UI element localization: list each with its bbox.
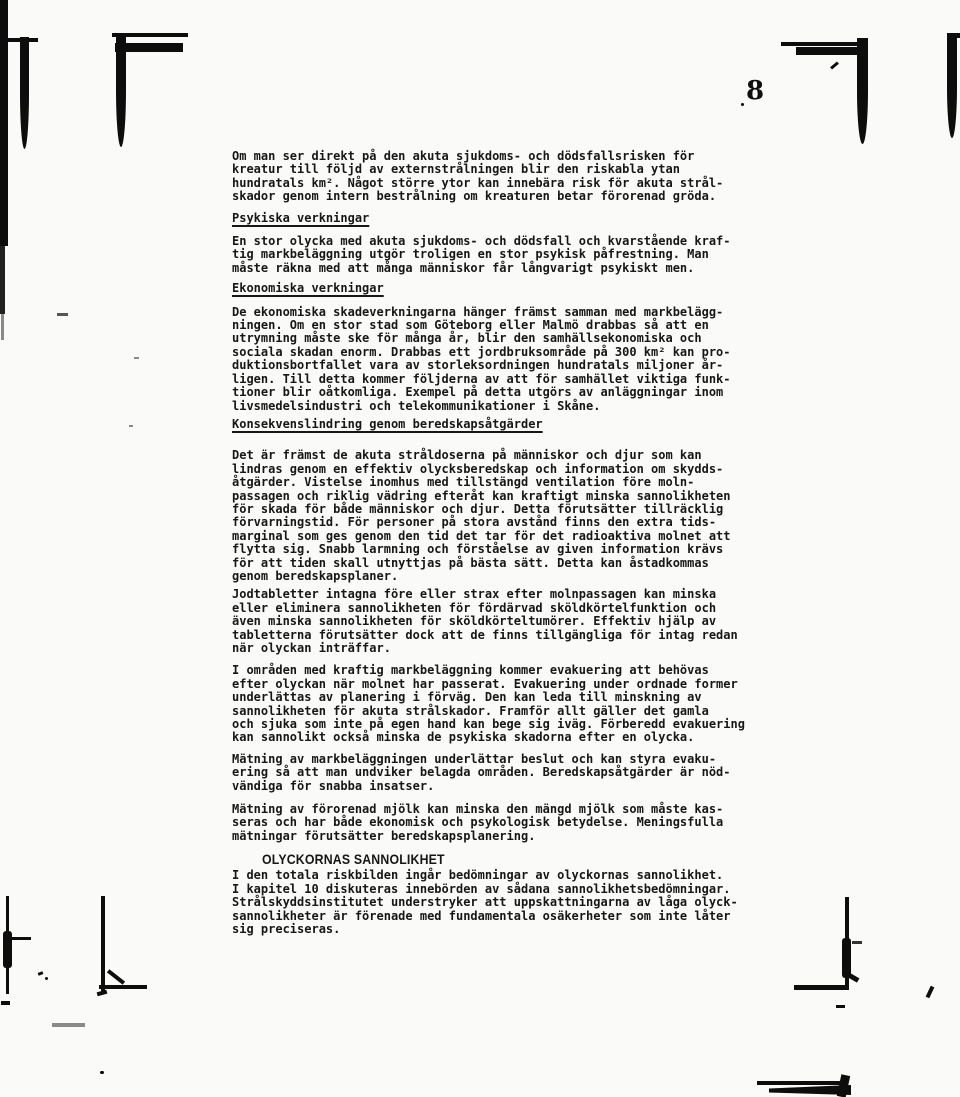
body-paragraph: Jodtabletter intagna före eller strax ef…: [232, 588, 752, 655]
scan-mark-br-tick: [852, 941, 862, 944]
body-paragraph: Mätning av markbeläggningen underlättar …: [232, 753, 752, 793]
scan-speck: [45, 977, 48, 980]
chapter-heading: OLYCKORNAS SANNOLIKHET: [262, 852, 693, 867]
scan-mark-bl-faint-dash: [52, 1023, 85, 1027]
scan-mark-br-dash: [836, 1005, 845, 1008]
body-paragraph: I områden med kraftig markbeläggning kom…: [232, 664, 752, 744]
scan-mark-top-left-hline: [0, 38, 38, 42]
scan-mark-left-edge-fade: [0, 246, 5, 314]
section-heading: Psykiska verkningar: [232, 212, 752, 225]
scan-mark-bl-corner-tick: [97, 990, 108, 996]
body-paragraph: En stor olycka med akuta sjukdoms- och d…: [232, 235, 752, 275]
scan-mark-bl-dash: [1, 1001, 10, 1005]
body-paragraph: Mätning av förorenad mjölk kan minska de…: [232, 803, 752, 843]
body-paragraph: De ekonomiska skadeverkningarna hänger f…: [232, 306, 752, 413]
scan-mark-bl-tick: [9, 937, 31, 940]
scan-mark-left-edge-bar: [0, 0, 8, 246]
scan-speck: [57, 313, 68, 316]
section-heading: Ekonomiska verkningar: [232, 282, 752, 295]
scan-mark-tr-corner-vline: [857, 38, 868, 144]
document-body: Om man ser direkt på den akuta sjukdoms-…: [232, 150, 752, 936]
body-paragraph: Om man ser direkt på den akuta sjukdoms-…: [232, 150, 752, 204]
scan-mark-br-small-tick: [926, 986, 935, 999]
scan-speck: [741, 103, 744, 106]
body-paragraph: I den totala riskbilden ingår bedömninga…: [232, 869, 752, 936]
scan-speck: [129, 425, 133, 427]
scan-mark-tl-corner-vline: [116, 33, 126, 147]
body-paragraph: Det är främst de akuta stråldoserna på m…: [232, 449, 752, 583]
scan-mark-top-left-stroke: [20, 37, 29, 149]
scan-mark-bl-corner-hline: [99, 985, 147, 989]
scan-mark-tr-tick: [830, 61, 839, 69]
scan-mark-right-vline: [947, 36, 957, 138]
scan-speck: [100, 1071, 104, 1074]
scan-speck: [38, 971, 44, 976]
scanned-document-page: 8 Om man ser direkt på den akuta sjukdom…: [0, 0, 960, 1097]
scan-mark-tr-corner-thick: [796, 47, 863, 55]
scan-mark-bottom-bar-thin: [757, 1081, 843, 1085]
page-number: 8: [746, 76, 764, 106]
scan-mark-tr-corner-thin: [781, 42, 867, 46]
section-heading: Konsekvenslindring genom beredskapsåtgär…: [232, 418, 752, 431]
scan-mark-left-edge-tail: [1, 314, 4, 340]
scan-mark-br-corner-hline: [794, 985, 848, 990]
scan-mark-bl-corner-diag: [107, 969, 125, 984]
scan-mark-bl-corner-vline: [101, 896, 105, 991]
scan-speck: [134, 357, 139, 359]
